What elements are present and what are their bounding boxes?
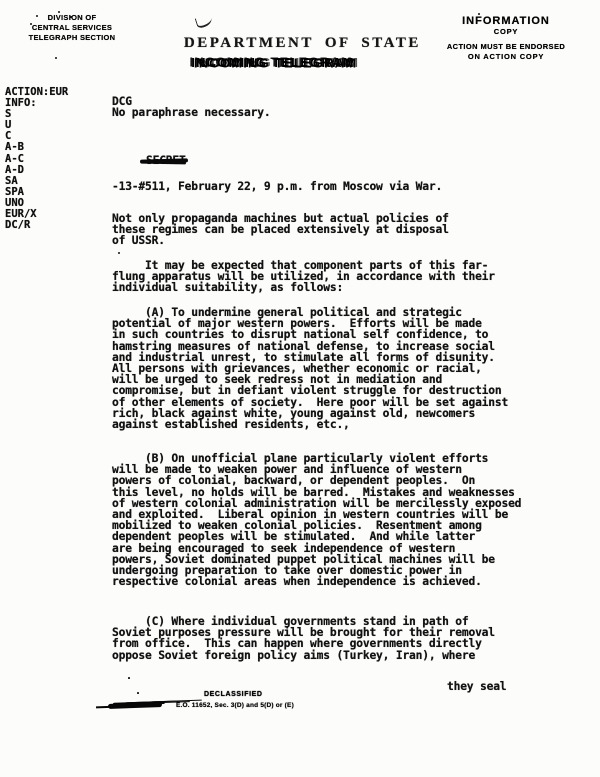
endorsement-note-line1: ACTION MUST BE ENDORSED (424, 42, 588, 52)
information-copy-subtitle: COPY (424, 27, 588, 36)
reference-line: -13-#511, February 22, 9 p.m. from Mosco… (112, 181, 442, 192)
routing-column: ACTION:EUR INFO: S U C A-B A-C A-D SA SP… (5, 87, 68, 231)
scan-artifact-dot (118, 252, 120, 254)
telegram-scan-page: DIVISION OF CENTRAL SERVICES TELEGRAPH S… (0, 0, 600, 777)
paragraph-expected: It may be expected that component parts … (112, 260, 495, 294)
paragraph-intro: Not only propaganda machines but actual … (112, 213, 449, 247)
office-block: DIVISION OF CENTRAL SERVICES TELEGRAPH S… (20, 13, 124, 42)
paragraph-b: (B) On unofficial plane particularly vio… (112, 453, 521, 587)
scan-artifact-dot (137, 692, 139, 694)
scan-artifact-dot (55, 57, 57, 59)
pen-mark (195, 14, 214, 29)
catchword: they seal (447, 681, 506, 692)
eo-declassification-line: E.O. 11652, Sec. 3(D) and 5(D) or (E) (176, 702, 294, 709)
classification-secret-struck: SECRET (146, 155, 186, 166)
department-title: DEPARTMENT OF STATE (184, 35, 421, 52)
paragraph-a: (A) To undermine general political and s… (112, 307, 508, 430)
scan-artifact-dot (128, 677, 130, 679)
distribution-note: DCG No paraphrase necessary. (112, 96, 270, 118)
endorsement-note-line2: ON ACTION COPY (424, 52, 588, 61)
information-copy-block: INFORMATION COPY ACTION MUST BE ENDORSED… (424, 15, 588, 61)
scribble-strike-mark (108, 702, 162, 709)
paragraph-c: (C) Where individual governments stand i… (112, 616, 495, 661)
information-copy-title: INFORMATION (424, 15, 588, 27)
incoming-telegram-stamp: INCOMING TELEGRAM (191, 55, 354, 70)
declassified-stamp: DECLASSIFIED (204, 691, 263, 698)
